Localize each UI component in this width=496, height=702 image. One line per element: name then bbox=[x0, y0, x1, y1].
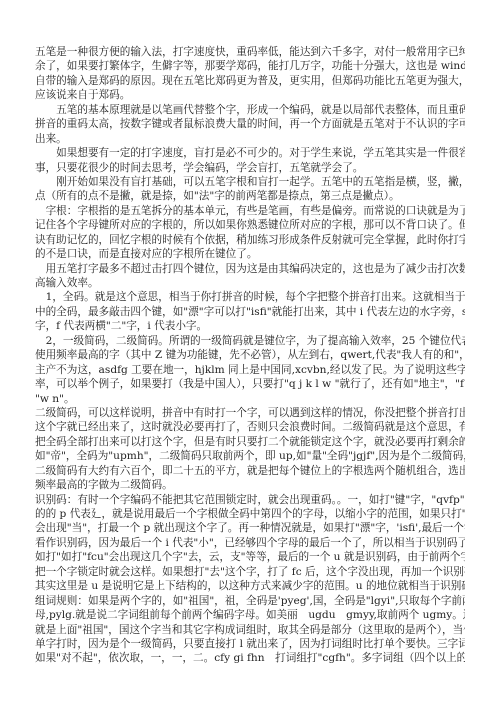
text-line: 识别码：有时一个字编码不能把其它范围锁定时，就会出现重码。。一，如打"键"字，"… bbox=[35, 493, 465, 507]
text-line: 把一个字锁定时就会这样。如果想打"去"这个字，打了 fc 后，这个字没出现，再加… bbox=[35, 565, 465, 579]
text-line: 这个字就已经出来了，这时就没必要再打了，否则只会浪费时间。二级简码就是这个意思，… bbox=[35, 420, 465, 434]
text-line: 刚开始如果没有盲打基础，可以五笔字根和盲打一起学。五笔中的五笔指是横，竖，撇，捺… bbox=[35, 175, 465, 189]
text-line: 记住各个字母键所对应的字根的，所以如果你熟悉键位所对应的字根，那可以不背口诀了。… bbox=[35, 218, 465, 232]
text-line: 五笔的基本原理就是以笔画代替整个字，形成一个编码，就是以局部代表整体，而且重码率… bbox=[35, 103, 465, 117]
text-line: 的不是口诀，而是直接对应的字根所在键位了。 bbox=[35, 247, 465, 261]
text-line: 高输入效率。 bbox=[35, 276, 465, 290]
text-line: 如"帝"，全码为"upmh"，二级简码只取前两个，即 up,如"量"全码"jgj… bbox=[35, 449, 465, 463]
text-line: 频率最高的字做为二级简码。 bbox=[35, 478, 465, 492]
text-line: 拼音的重码太高，按数字键或者鼠标浪费大量的时间，再一个方面就是五笔对于不认识的字… bbox=[35, 117, 465, 131]
text-line: 二级简码有大约有六百个，即二十五的平方，就是把每个键位上的字根选两个随机组合，选… bbox=[35, 464, 465, 478]
text-line: "w n"。 bbox=[35, 392, 465, 406]
text-line: 如果"对不起"，依次取，一，一，二。cfy gi fhn 打词组打"cgfh"。… bbox=[35, 651, 465, 665]
text-line: 应该说来自于郑码。 bbox=[35, 88, 465, 102]
text-line: 如果想要有一定的打字速度，盲打是必不可少的。对于学生来说，学五笔其实是一件很容易… bbox=[35, 146, 465, 160]
text-line: 二级简码，可以这样说明，拼音中有时打一个字，可以遇到这样的情况，你没把整个拼音打… bbox=[35, 406, 465, 420]
text-line: 率，可以举个例子，如果要打（我是中国人），只要打"q j k l w "就行了，… bbox=[35, 377, 465, 391]
document-page: 五笔是一种很方便的输入法，打字速度快，重码率低，能达到六千多字，对付一般常用字已… bbox=[35, 45, 465, 666]
text-line: 的的 p 代表廴，就是说用最后一个字根做全码中第四个的字母，以缩小字的范围，如果… bbox=[35, 507, 465, 521]
text-line: 字根：字根指的是五笔拆分的基本单元，有些是笔画，有些是偏旁。而常说的口诀就是为了… bbox=[35, 204, 465, 218]
text-line: 五笔是一种很方便的输入法，打字速度快，重码率低，能达到六千多字，对付一般常用字已… bbox=[35, 45, 465, 59]
text-line: 中的全码，最多敲击四个键，如"漂"字可以打"isfi"就能打出来，其中 i 代表… bbox=[35, 305, 465, 319]
text-line: 点（所有的点不是撇，就是捺，如"法"字的前两笔都是捺点，第三点是撇点）。 bbox=[35, 189, 465, 203]
text-line: 自带的输入是郑码的原因。现在五笔比郑码更为普及，更实用，但郑码功能比五笔更为强大… bbox=[35, 74, 465, 88]
text-line: 把全码全部打出来可以打这个字，但是有时只要打二个就能锁定这个字，就没必要再打剩余… bbox=[35, 435, 465, 449]
text-line: 字，f 代表两横"二"字，i 代表小字。 bbox=[35, 319, 465, 333]
text-line: 1，全码。就是这个意思，相当于你打拼音的时候，每个字把整个拼音打出来。这就相当于… bbox=[35, 290, 465, 304]
text-line: 母,pylg.就是说二字词组前每个前两个编码字母。如美丽 ugdu gmyy,取… bbox=[35, 608, 465, 622]
text-line: 用五笔打字最多不超过击打四个键位，因为这是由其编码决定的，这也是为了减少击打次数… bbox=[35, 262, 465, 276]
text-line: 看作识别码，因为最后一个 i 代表"小"，已经够四个字母的最后一个了，所以相当于… bbox=[35, 536, 465, 550]
text-line: 单字打时，因为是个一级简码，只要直接打 l 就出来了，因为打词组时比打单个要快。… bbox=[35, 637, 465, 651]
text-line: 如打"如打"fcu"会出现这几个字"去，云，支"等等，最后的一个 u 就是识别码… bbox=[35, 550, 465, 564]
text-line: 使用频率最高的字（其中 Z 键为功能键，先不必管），从左到右，qwert,代表"… bbox=[35, 348, 465, 362]
text-line: 余了，如果要打繁体字，生僻字等，那要学郑码，能打几万字，功能十分强大，这也是 w… bbox=[35, 59, 465, 73]
text-line: 主产不为这，asdfg 工要在地一，hjklm 同上是中国同,xcvbn,经以发… bbox=[35, 363, 465, 377]
text-line: 2，一级简码，二级简码。所谓的一级简码就是键位字，为了提高输入效率，25 个键位… bbox=[35, 334, 465, 348]
text-line: 出来。 bbox=[35, 132, 465, 146]
text-line: 事，只要花很少的时间去思考，学会编码，学会盲打，五笔就学会了。 bbox=[35, 161, 465, 175]
text-line: 其实这里是 u 是说明它是上下结构的，以这种方式来减少字的范围。u 的地位就相当… bbox=[35, 579, 465, 593]
text-line: 会出现"当"，打最一个 p 就出现这个字了。再一种情况就是，如果打"漂"字，'i… bbox=[35, 521, 465, 535]
text-line: 诀有助记忆的，回忆字根的时候有个依据，稍加练习形成条件反射就可完全掌握，此时你打… bbox=[35, 233, 465, 247]
text-line: 就是上面"祖国"，国这个字当和其它字构成词组时，取其全码是部分（这里取的是两个）… bbox=[35, 623, 465, 637]
text-line: 组词规则：如果是两个字的，如"祖国"，祖，全码是'pyeg',国，全码是"lgy… bbox=[35, 594, 465, 608]
